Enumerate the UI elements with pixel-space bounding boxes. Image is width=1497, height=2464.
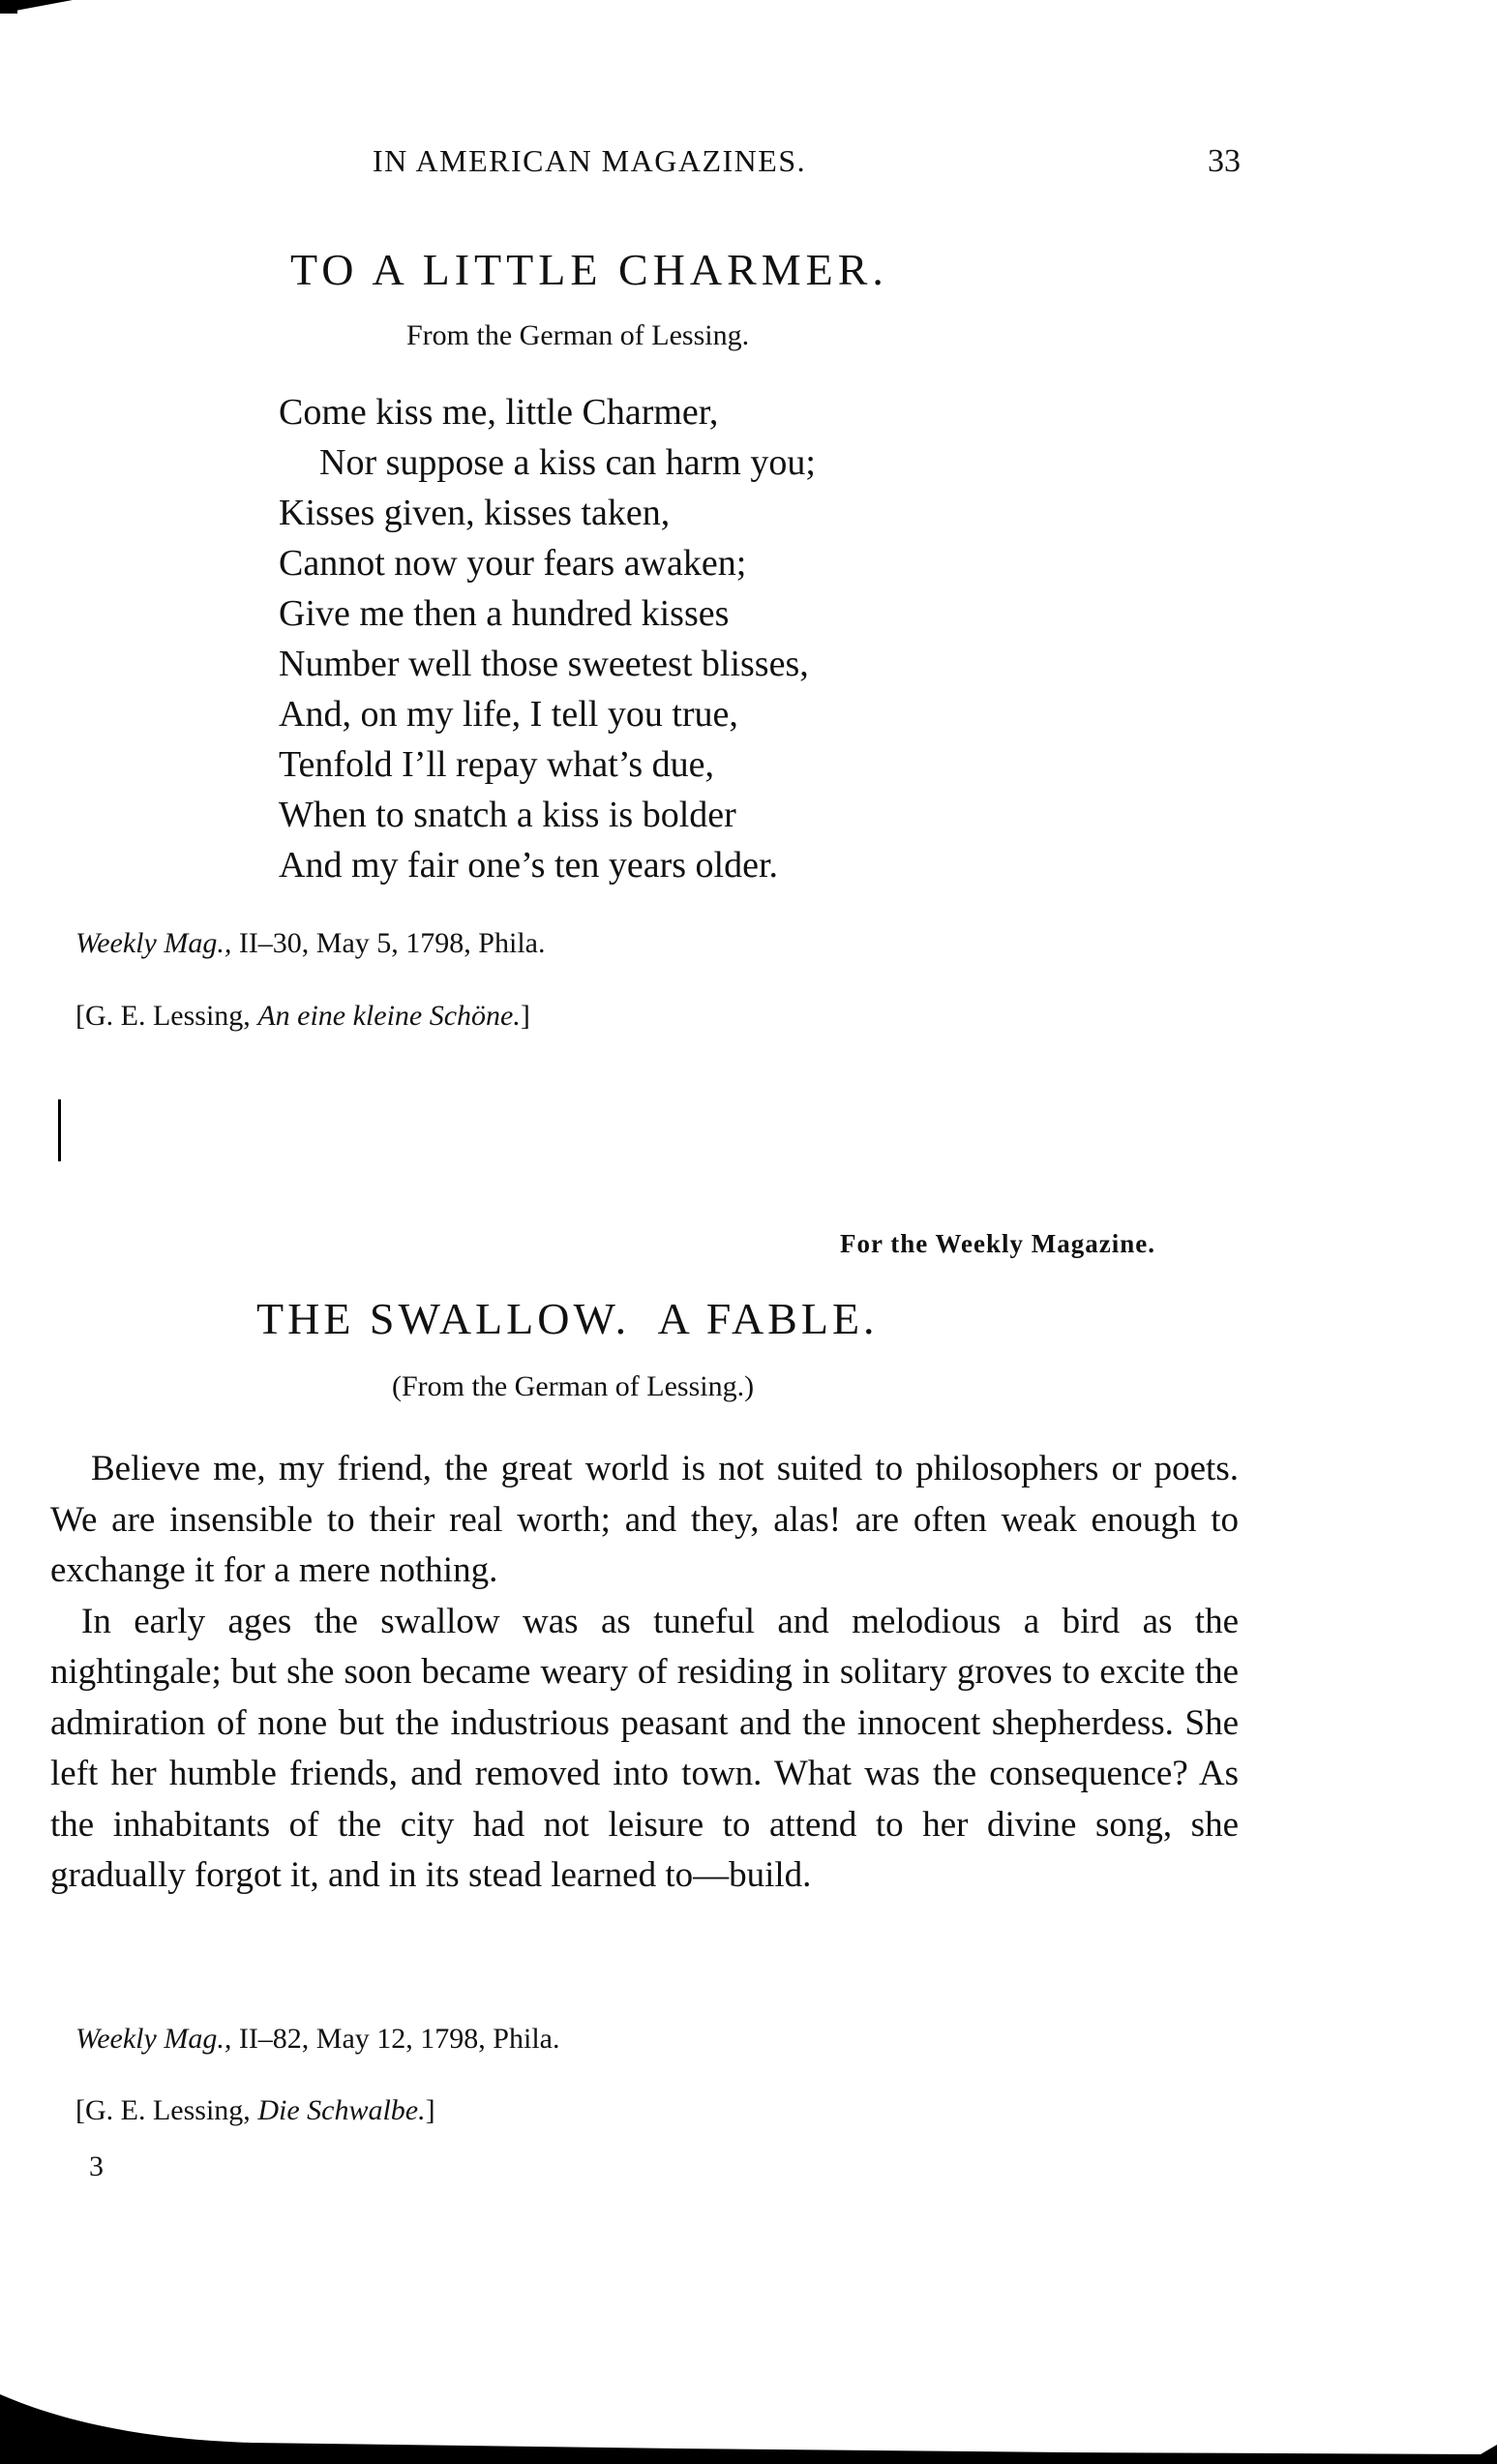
reference-title: An eine kleine Schöne. (257, 1000, 521, 1032)
fable-body: Believe me, my friend, the great world i… (50, 1444, 1239, 1902)
margin-mark (58, 1099, 61, 1161)
poem-line: Cannot now your fears awaken; (279, 538, 816, 588)
citation-details: II–82, May 12, 1798, Phila. (231, 2023, 559, 2055)
poem-subtitle: From the German of Lessing. (406, 319, 749, 352)
poem-body: Come kiss me, little Charmer, Nor suppos… (279, 387, 816, 890)
fable-paragraph: In early ages the swallow was as tuneful… (50, 1597, 1239, 1902)
signature-mark: 3 (89, 2150, 104, 2183)
scan-edge-top-shadow (0, 0, 73, 14)
fable-subtitle: (From the German of Lessing.) (392, 1370, 754, 1403)
poem-line: When to snatch a kiss is bolder (279, 790, 816, 840)
poem-line: And my fair one’s ten years older. (279, 840, 816, 890)
reference-suffix: ] (521, 1000, 530, 1032)
reference-prefix: [G. E. Lessing, (75, 1000, 257, 1032)
poem-citation: Weekly Mag., II–30, May 5, 1798, Phila. (75, 927, 545, 960)
fable-paragraph: Believe me, my friend, the great world i… (50, 1444, 1239, 1597)
scan-edge-bottom (0, 2390, 1497, 2464)
citation-source-italic: Weekly Mag., (75, 927, 231, 959)
fable-original-reference: [G. E. Lessing, Die Schwalbe.] (75, 2094, 435, 2127)
reference-prefix: [G. E. Lessing, (75, 2094, 257, 2126)
fable-title: THE SWALLOW. A FABLE. (256, 1293, 879, 1344)
running-header: IN AMERICAN MAGAZINES. (373, 143, 806, 179)
poem-title: TO A LITTLE CHARMER. (290, 244, 888, 295)
citation-source-italic: Weekly Mag., (75, 2023, 231, 2055)
fable-source-note: For the Weekly Magazine. (840, 1229, 1155, 1259)
poem-line: Number well those sweetest blisses, (279, 639, 816, 689)
fable-citation: Weekly Mag., II–82, May 12, 1798, Phila. (75, 2023, 559, 2056)
reference-title: Die Schwalbe. (257, 2094, 425, 2126)
poem-line: Give me then a hundred kisses (279, 588, 816, 639)
poem-line: And, on my life, I tell you true, (279, 689, 816, 739)
poem-original-reference: [G. E. Lessing, An eine kleine Schöne.] (75, 1000, 530, 1033)
poem-line: Kisses given, kisses taken, (279, 488, 816, 538)
poem-line: Come kiss me, little Charmer, (279, 387, 816, 437)
poem-line: Nor suppose a kiss can harm you; (279, 437, 816, 488)
page-number: 33 (1208, 143, 1241, 180)
citation-details: II–30, May 5, 1798, Phila. (231, 927, 545, 959)
reference-suffix: ] (426, 2094, 435, 2126)
poem-line: Tenfold I’ll repay what’s due, (279, 739, 816, 790)
